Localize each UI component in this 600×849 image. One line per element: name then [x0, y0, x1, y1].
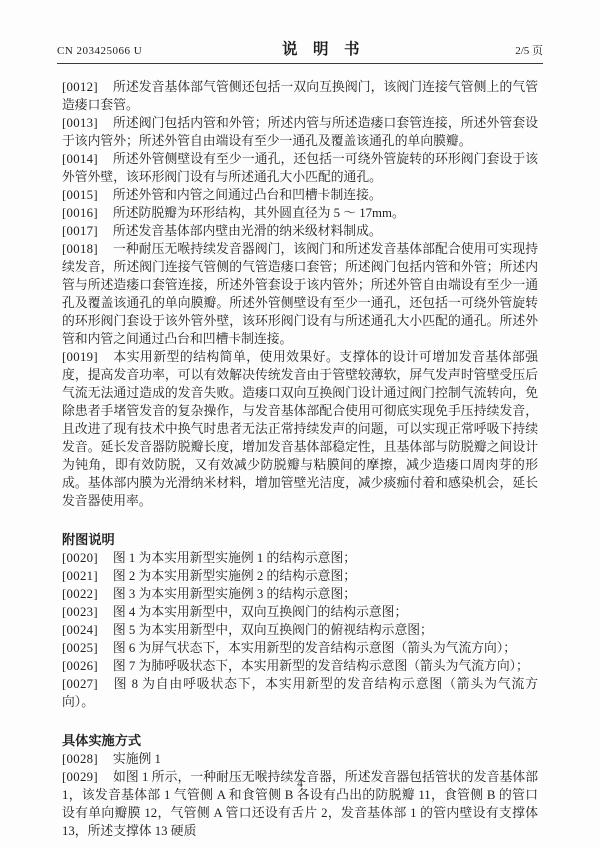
- numbered-paragraph: [0012]所述发音基体部气管侧还包括一双向互换阀门，该阀门连接气管侧上的气管造…: [62, 78, 538, 114]
- page-indicator: 2/5 页: [515, 42, 543, 58]
- paragraph-number: [0020]: [62, 549, 98, 567]
- paragraph-number: [0024]: [62, 621, 98, 639]
- numbered-paragraph: [0023]图 4 为本实用新型中，双向互换阀门的结构示意图；: [62, 603, 538, 621]
- numbered-paragraph: [0013]所述阀门包括内管和外管；所述内管与所述造瘘口套管连接，所述外管套设于…: [62, 114, 538, 150]
- paragraph-number: [0014]: [62, 150, 98, 168]
- paragraph-text: 所述发音基体部内壁由光滑的纳米级材料制成。: [113, 224, 382, 238]
- numbered-paragraph: [0024]图 5 为本实用新型中，双向互换阀门的俯视结构示意图；: [62, 621, 538, 639]
- numbered-paragraph: [0019]本实用新型的结构简单，使用效果好。支撑体的设计可增加发音基体部强度，…: [62, 348, 538, 510]
- paragraph-text: 一种耐压无喉持续发音器阀门，该阀门和所述发音基体部配合使用可实现持续发音，所述阀…: [62, 242, 538, 346]
- paragraph-text: 图 4 为本实用新型中，双向互换阀门的结构示意图；: [113, 605, 407, 619]
- paragraph-number: [0012]: [62, 78, 98, 96]
- paragraph-number: [0025]: [62, 639, 98, 657]
- numbered-paragraph: [0018]一种耐压无喉持续发音器阀门，该阀门和所述发音基体部配合使用可实现持续…: [62, 240, 538, 348]
- paragraph-number: [0017]: [62, 222, 98, 240]
- numbered-paragraph: [0016]所述防脱瓣为环形结构，其外圆直径为 5 ～ 17mm。: [62, 204, 538, 222]
- paragraph-text: 图 2 为本实用新型实施例 2 的结构示意图；: [113, 569, 356, 583]
- numbered-paragraph: [0028]实施例 1: [62, 750, 538, 768]
- paragraph-number: [0013]: [62, 114, 98, 132]
- paragraph-text: 图 3 为本实用新型实施例 3 的结构示意图；: [113, 587, 356, 601]
- numbered-paragraph: [0015]所述外管和内管之间通过凸台和凹槽卡制连接。: [62, 186, 538, 204]
- paragraph-number: [0026]: [62, 657, 98, 675]
- numbered-paragraph: [0017]所述发音基体部内壁由光滑的纳米级材料制成。: [62, 222, 538, 240]
- paragraph-text: 图 5 为本实用新型中，双向互换阀门的俯视结构示意图；: [113, 623, 433, 637]
- section-heading: 具体实施方式: [62, 732, 538, 750]
- numbered-paragraph: [0020]图 1 为本实用新型实施例 1 的结构示意图；: [62, 549, 538, 567]
- paragraph-text: 图 7 为肺呼吸状态下，本实用新型的发音结构示意图（箭头为气流方向）；: [113, 659, 529, 673]
- paragraph-number: [0021]: [62, 567, 98, 585]
- paragraph-text: 图 6 为屏气状态下，本实用新型的发音结构示意图（箭头为气流方向）；: [113, 641, 516, 655]
- paragraph-number: [0023]: [62, 603, 98, 621]
- paragraph-text: 所述阀门包括内管和外管；所述内管与所述造瘘口套管连接，所述外管套设于该内管外；所…: [62, 116, 538, 148]
- paragraph-number: [0028]: [62, 750, 98, 768]
- paragraph-number: [0027]: [62, 675, 98, 693]
- numbered-paragraph: [0021]图 2 为本实用新型实施例 2 的结构示意图；: [62, 567, 538, 585]
- paragraph-text: 图 1 为本实用新型实施例 1 的结构示意图；: [113, 551, 356, 565]
- numbered-paragraph: [0014]所述外管侧壁设有至少一通孔，还包括一可绕外管旋转的环形阀门套设于该外…: [62, 150, 538, 186]
- paragraph-number: [0022]: [62, 585, 98, 603]
- document-body: [0012]所述发音基体部气管侧还包括一双向互换阀门，该阀门连接气管侧上的气管造…: [62, 78, 538, 840]
- numbered-paragraph: [0027]图 8 为自由呼吸状态下，本实用新型的发音结构示意图（箭头为气流方向…: [62, 675, 538, 711]
- paragraph-text: 实施例 1: [113, 752, 161, 766]
- paragraph-text: 所述防脱瓣为环形结构，其外圆直径为 5 ～ 17mm。: [113, 206, 405, 220]
- page-header: CN 203425066 U 说 明 书 2/5 页: [57, 37, 543, 64]
- document-title: 说 明 书: [282, 37, 360, 59]
- paragraph-text: 所述发音基体部气管侧还包括一双向互换阀门，该阀门连接气管侧上的气管造瘘口套管。: [62, 80, 538, 112]
- numbered-paragraph: [0022]图 3 为本实用新型实施例 3 的结构示意图；: [62, 585, 538, 603]
- paragraph-number: [0016]: [62, 204, 98, 222]
- page-number: 4: [297, 778, 303, 790]
- numbered-paragraph: [0025]图 6 为屏气状态下，本实用新型的发音结构示意图（箭头为气流方向）；: [62, 639, 538, 657]
- paragraph-text: 图 8 为自由呼吸状态下，本实用新型的发音结构示意图（箭头为气流方向）。: [62, 677, 538, 709]
- page-footer: 4: [0, 778, 600, 790]
- patent-specification-page: CN 203425066 U 说 明 书 2/5 页 [0012]所述发音基体部…: [0, 0, 600, 849]
- section-heading: 附图说明: [62, 531, 538, 549]
- paragraph-number: [0019]: [62, 348, 98, 366]
- paragraph-text: 所述外管侧壁设有至少一通孔，还包括一可绕外管旋转的环形阀门套设于该外管外壁，该环…: [62, 152, 538, 184]
- numbered-paragraph: [0026]图 7 为肺呼吸状态下，本实用新型的发音结构示意图（箭头为气流方向）…: [62, 657, 538, 675]
- paragraph-number: [0015]: [62, 186, 98, 204]
- paragraph-text: 本实用新型的结构简单，使用效果好。支撑体的设计可增加发音基体部强度，提高发音功率…: [62, 350, 538, 508]
- paragraph-number: [0018]: [62, 240, 98, 258]
- paragraph-text: 所述外管和内管之间通过凸台和凹槽卡制连接。: [113, 188, 382, 202]
- document-number: CN 203425066 U: [57, 45, 142, 57]
